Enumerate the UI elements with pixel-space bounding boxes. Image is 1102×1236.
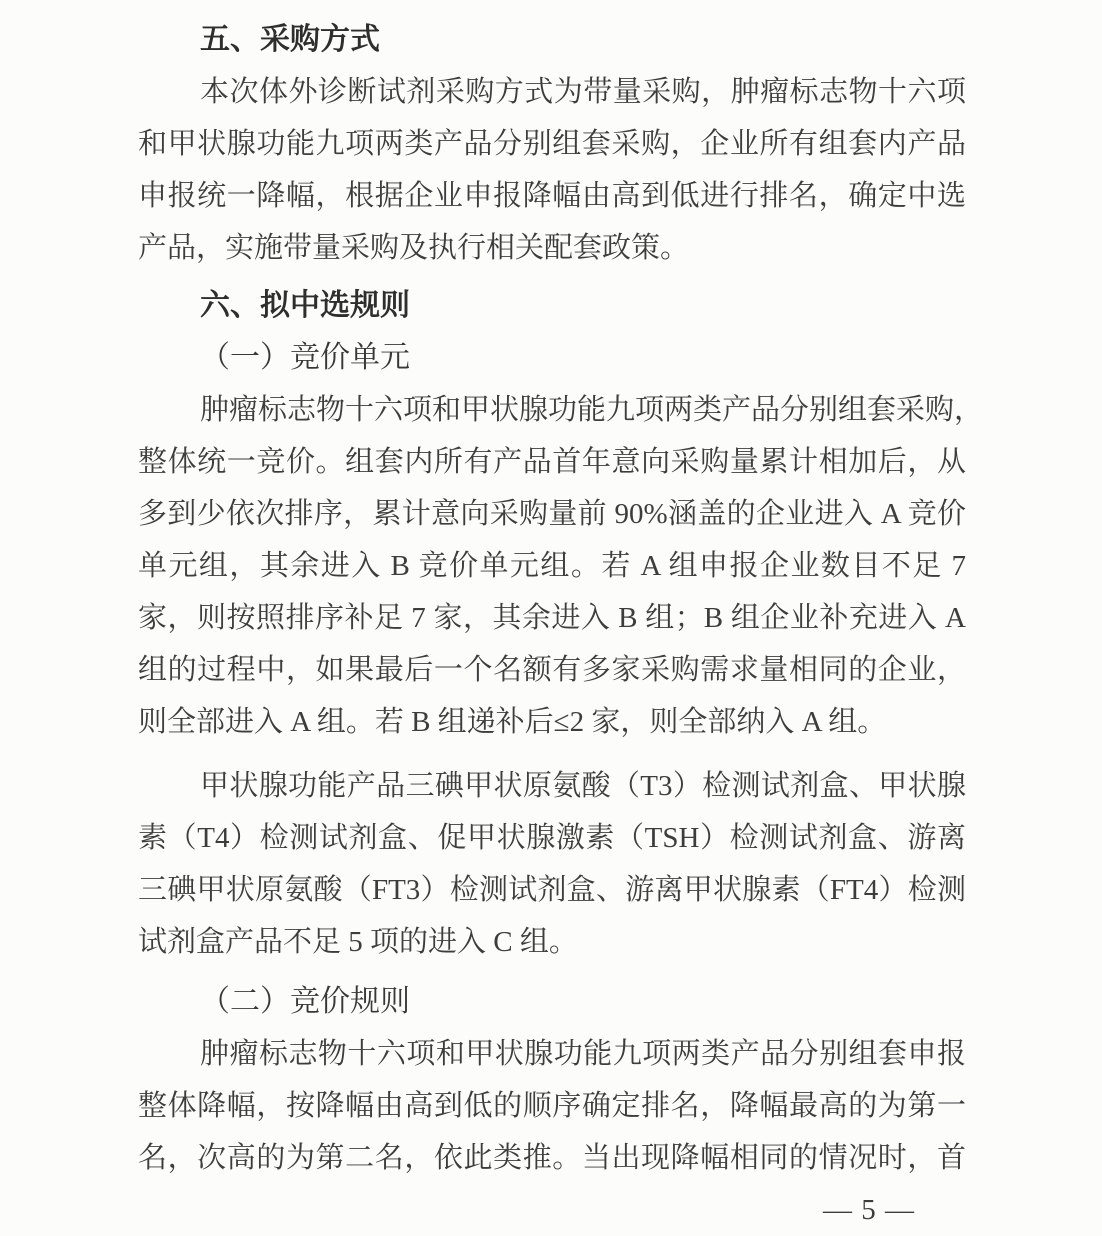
paragraph-line: 整体降幅，按降幅由高到低的顺序确定排名，降幅最高的为第一 <box>138 1080 966 1132</box>
paragraph-line: 三碘甲状原氨酸（FT3）检测试剂盒、游离甲状腺素（FT4）检测 <box>138 864 966 916</box>
paragraph-line: 甲状腺功能产品三碘甲状原氨酸（T3）检测试剂盒、甲状腺 <box>138 760 966 812</box>
page-number: — 5 — <box>138 1184 966 1236</box>
subsection-heading-two: （二）竞价规则 <box>138 976 966 1028</box>
bidding-rules-paragraph: 肿瘤标志物十六项和甲状腺功能九项两类产品分别组套申报 整体降幅，按降幅由高到低的… <box>138 1028 966 1184</box>
paragraph-line: 名，次高的为第二名，依此类推。当出现降幅相同的情况时，首 <box>138 1132 966 1184</box>
section-heading-five: 五、采购方式 <box>138 14 966 66</box>
paragraph-line: 试剂盒产品不足 5 项的进入 C 组。 <box>138 916 966 968</box>
document-page: 五、采购方式 本次体外诊断试剂采购方式为带量采购，肿瘤标志物十六项 和甲状腺功能… <box>0 0 1102 1236</box>
paragraph-line: 肿瘤标志物十六项和甲状腺功能九项两类产品分别组套申报 <box>138 1028 966 1080</box>
paragraph-line: 单元组，其余进入 B 竞价单元组。若 A 组申报企业数目不足 7 <box>138 540 966 592</box>
bidding-unit-paragraph-2: 甲状腺功能产品三碘甲状原氨酸（T3）检测试剂盒、甲状腺 素（T4）检测试剂盒、促… <box>138 760 966 968</box>
section-five-paragraph: 本次体外诊断试剂采购方式为带量采购，肿瘤标志物十六项 和甲状腺功能九项两类产品分… <box>138 66 966 274</box>
paragraph-line: 家，则按照排序补足 7 家，其余进入 B 组；B 组企业补充进入 A <box>138 592 966 644</box>
paragraph-line: 申报统一降幅，根据企业申报降幅由高到低进行排名，确定中选 <box>138 170 966 222</box>
paragraph-line: 本次体外诊断试剂采购方式为带量采购，肿瘤标志物十六项 <box>138 66 966 118</box>
paragraph-line: 则全部进入 A 组。若 B 组递补后≤2 家，则全部纳入 A 组。 <box>138 696 966 748</box>
bidding-unit-paragraph-1: 肿瘤标志物十六项和甲状腺功能九项两类产品分别组套采购， 整体统一竞价。组套内所有… <box>138 384 966 748</box>
paragraph-line: 产品，实施带量采购及执行相关配套政策。 <box>138 222 966 274</box>
paragraph-line: 整体统一竞价。组套内所有产品首年意向采购量累计相加后，从 <box>138 436 966 488</box>
paragraph-line: 素（T4）检测试剂盒、促甲状腺激素（TSH）检测试剂盒、游离 <box>138 812 966 864</box>
subsection-heading-one: （一）竞价单元 <box>138 332 966 384</box>
section-heading-six: 六、拟中选规则 <box>138 280 966 332</box>
paragraph-line: 肿瘤标志物十六项和甲状腺功能九项两类产品分别组套采购， <box>138 384 966 436</box>
paragraph-line: 和甲状腺功能九项两类产品分别组套采购，企业所有组套内产品 <box>138 118 966 170</box>
document-content: 五、采购方式 本次体外诊断试剂采购方式为带量采购，肿瘤标志物十六项 和甲状腺功能… <box>0 0 1102 1236</box>
paragraph-line: 多到少依次排序，累计意向采购量前 90%涵盖的企业进入 A 竞价 <box>138 488 966 540</box>
paragraph-line: 组的过程中，如果最后一个名额有多家采购需求量相同的企业， <box>138 644 966 696</box>
